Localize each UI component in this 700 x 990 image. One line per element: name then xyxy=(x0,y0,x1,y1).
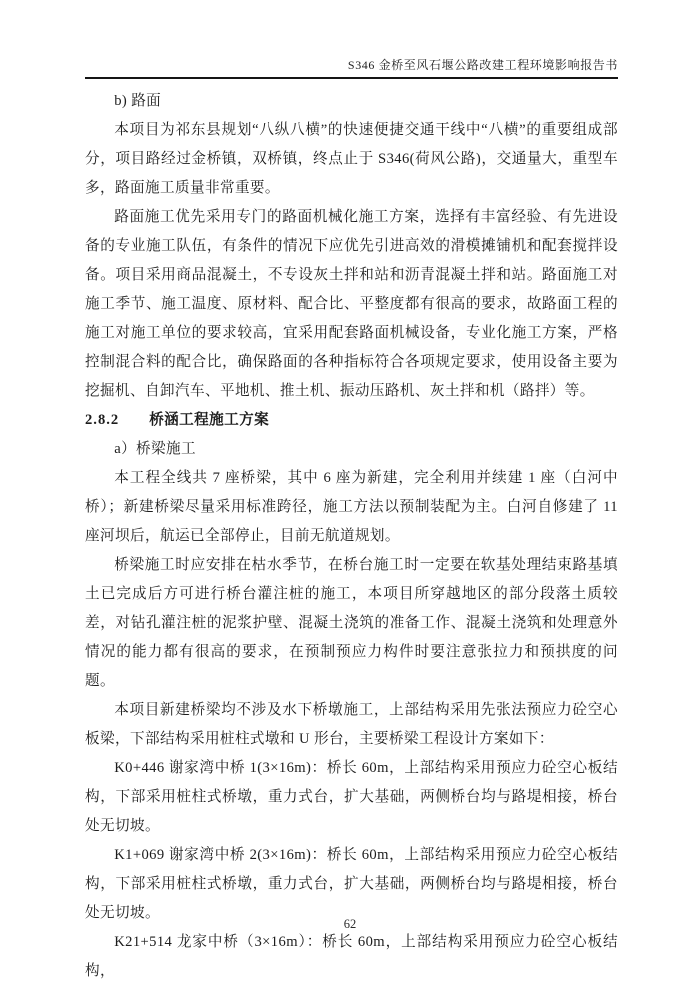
heading-b-pavement: b) 路面 xyxy=(85,87,618,116)
running-header-title: S346 金桥至风石堰公路改建工程环境影响报告书 xyxy=(348,58,618,72)
section-title: 桥涵工程施工方案 xyxy=(149,412,269,428)
page-footer: 62 xyxy=(0,917,700,932)
paragraph-bridge-season: 桥梁施工时应安排在枯水季节，在桥台施工时一定要在软基处理结束路基填土已完成后方可… xyxy=(85,551,618,696)
page-number: 62 xyxy=(344,917,357,931)
header-rule xyxy=(85,77,618,79)
section-number: 2.8.2 xyxy=(85,406,119,435)
paragraph-bridge-k0-446: K0+446 谢家湾中桥 1(3×16m)：桥长 60m，上部结构采用预应力砼空… xyxy=(85,754,618,841)
heading-a-bridge-construction: a）桥梁施工 xyxy=(85,435,618,464)
running-header: S346 金桥至风石堰公路改建工程环境影响报告书 xyxy=(85,56,618,73)
paragraph-bridge-count: 本工程全线共 7 座桥梁，其中 6 座为新建，完全利用并续建 1 座（白河中桥）… xyxy=(85,464,618,551)
section-heading-2-8-2: 2.8.2桥涵工程施工方案 xyxy=(85,406,618,435)
document-body: b) 路面 本项目为祁东县规划“八纵八横”的快速便捷交通干线中“八横”的重要组成… xyxy=(85,87,618,986)
paragraph-project-overview: 本项目为祁东县规划“八纵八横”的快速便捷交通干线中“八横”的重要组成部分，项目路… xyxy=(85,116,618,203)
paragraph-pavement-construction: 路面施工优先采用专门的路面机械化施工方案，选择有丰富经验、有先进设备的专业施工队… xyxy=(85,203,618,406)
document-page: S346 金桥至风石堰公路改建工程环境影响报告书 b) 路面 本项目为祁东县规划… xyxy=(0,0,700,990)
paragraph-bridge-k21-514: K21+514 龙家中桥（3×16m）：桥长 60m，上部结构采用预应力砼空心板… xyxy=(85,928,618,986)
paragraph-bridge-k1-069: K1+069 谢家湾中桥 2(3×16m)：桥长 60m，上部结构采用预应力砼空… xyxy=(85,841,618,928)
paragraph-bridge-structure: 本项目新建桥梁均不涉及水下桥墩施工，上部结构采用先张法预应力砼空心板梁，下部结构… xyxy=(85,696,618,754)
